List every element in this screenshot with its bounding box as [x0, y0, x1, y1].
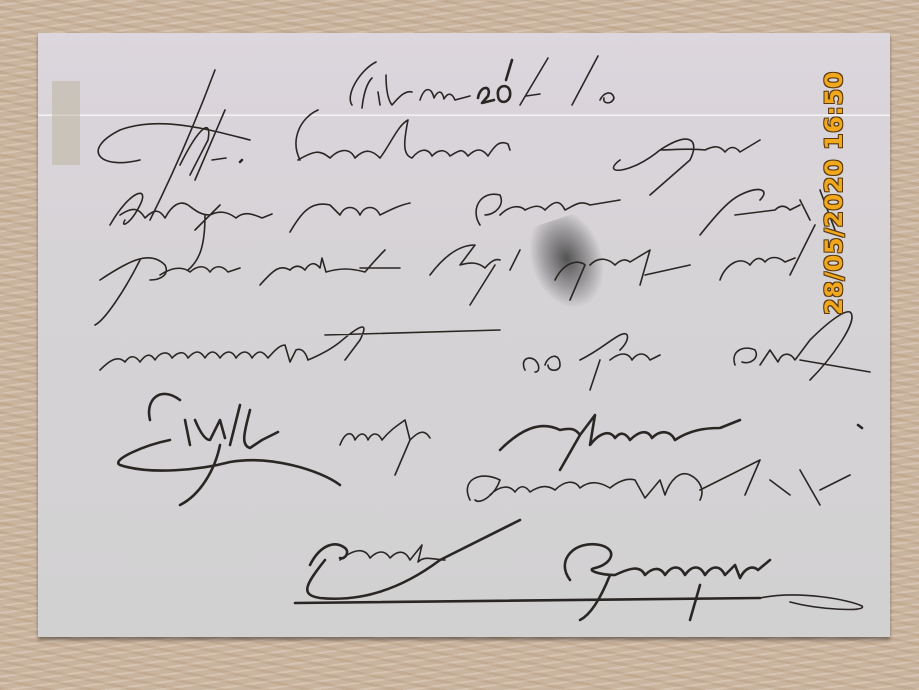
camera-timestamp: 28/05/2020 16:50: [820, 71, 848, 315]
handwriting-strokes: [0, 0, 919, 690]
